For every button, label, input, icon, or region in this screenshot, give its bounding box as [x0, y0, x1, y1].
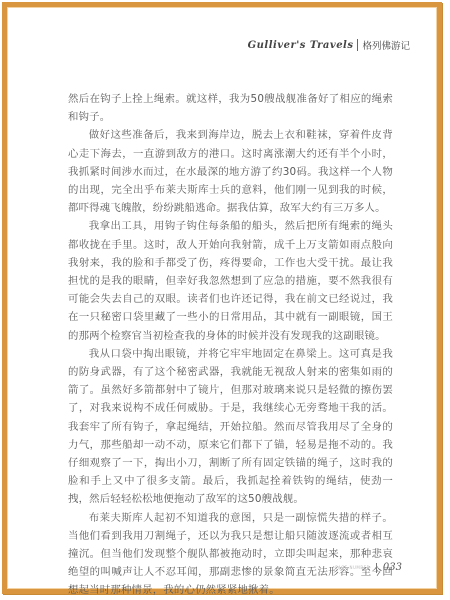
page-body: 然后在钩子上拴上绳索。就这样，我为50艘战舰准备好了相应的绳索和钩子。 做好这些…: [68, 90, 393, 600]
paragraph: 我拿出工具，用钩子钩住每条船的船头，然后把所有绳索的绳头都收拢在手里。这时，敌人…: [68, 217, 393, 344]
header-divider: [357, 39, 358, 51]
paragraph: 我从口袋中掏出眼镜，并将它牢牢地固定在鼻梁上。这可真是我的防身武器，有了这个秘密…: [68, 345, 393, 509]
running-header: Gulliver's Travels 格列佛游记: [248, 38, 410, 52]
paragraph: 布莱夫斯库人起初不知道我的意图，只是一副惊慌失措的样子。当他们看到我用刀割绳子，…: [68, 509, 393, 600]
paragraph: 做好这些准备后，我来到海岸边，脱去上衣和鞋袜，穿着件皮背心走下海去，一直游到敌方…: [68, 126, 393, 217]
book-title-english: Gulliver's Travels: [248, 40, 354, 51]
book-title-chinese: 格列佛游记: [362, 38, 410, 52]
paragraph: 然后在钩子上拴上绳索。就这样，我为50艘战舰准备好了相应的绳索和钩子。: [68, 90, 393, 126]
page-number-label: PAGE NUMBER: [335, 565, 370, 570]
page-number: 033: [383, 562, 402, 573]
page-footer: PAGE NUMBER 033: [335, 562, 402, 573]
footer-divider: [376, 563, 377, 573]
